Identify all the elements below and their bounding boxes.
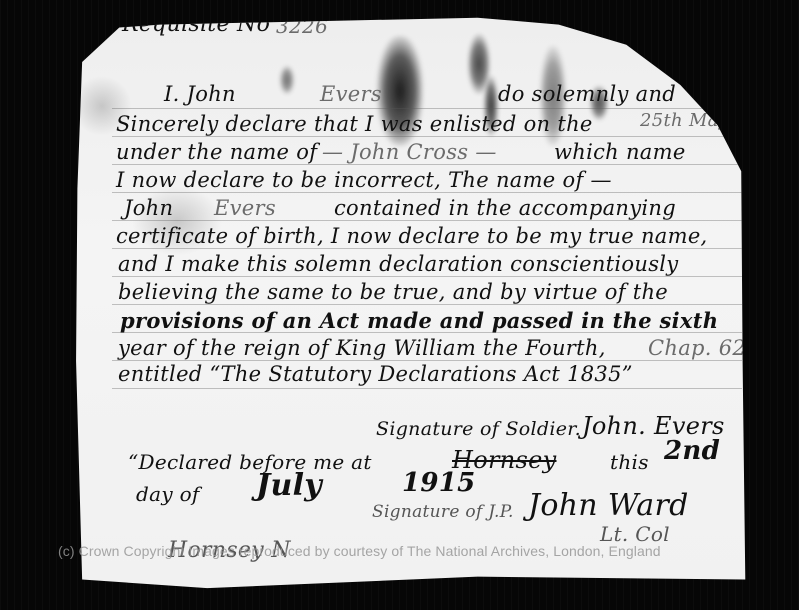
ruled-line — [112, 220, 742, 221]
declaration-line-11: entitled “The Statutory Declarations Act… — [118, 362, 633, 386]
declaration-line-6: certificate of birth, I now declare to b… — [116, 224, 708, 248]
ruled-line — [112, 108, 742, 109]
declaration-line-1a: I. John — [164, 82, 236, 106]
declaration-line-5a: John — [124, 196, 173, 220]
month-value: July — [256, 468, 322, 503]
declaration-line-5b: contained in the accompanying — [334, 196, 676, 220]
declaration-line-9: provisions of an Act made and passed in … — [120, 308, 718, 333]
declaration-line-4: I now declare to be incorrect, The name … — [116, 168, 612, 192]
alias-name: — John Cross — — [322, 140, 497, 164]
ruled-line — [112, 248, 742, 249]
ruled-line — [112, 164, 742, 165]
declaration-line-2: Sincerely declare that I was enlisted on… — [116, 112, 593, 136]
ruled-line — [112, 276, 742, 277]
declaration-line-3b: which name — [554, 140, 686, 164]
ink-smudge — [280, 66, 294, 94]
ruled-line — [112, 136, 742, 137]
declaration-line-8: believing the same to be true, and by vi… — [118, 280, 668, 304]
this-label: this — [610, 450, 649, 474]
declaration-line-10: year of the reign of King William the Fo… — [118, 336, 606, 360]
declaration-line-1b: do solemnly and — [498, 82, 676, 106]
ruled-line — [112, 192, 742, 193]
ruled-line — [112, 388, 742, 389]
day-value: 2nd — [664, 436, 720, 466]
jp-signature: John Ward — [528, 488, 689, 523]
copyright-watermark: (c) Crown Copyright Images reproduced by… — [58, 543, 661, 559]
true-name: Evers — [214, 196, 276, 220]
ruled-line — [112, 304, 742, 305]
chapter-reference: Chap. 62 — [648, 336, 746, 360]
declarant-name: Evers — [320, 82, 382, 106]
declaration-line-7: and I make this solemn declaration consc… — [118, 252, 678, 276]
day-of-label: day of — [136, 482, 200, 506]
declaration-line-3a: under the name of — [116, 140, 317, 164]
year-value: 1915 — [402, 468, 476, 498]
ruled-line — [112, 360, 742, 361]
jp-signature-label: Signature of J.P. — [372, 502, 514, 522]
soldier-signature-label: Signature of Soldier. — [376, 418, 581, 440]
document-page: Requisite No 3226 I. John Evers do solem… — [72, 16, 748, 591]
declared-before-label: “Declared before me at — [128, 450, 372, 474]
